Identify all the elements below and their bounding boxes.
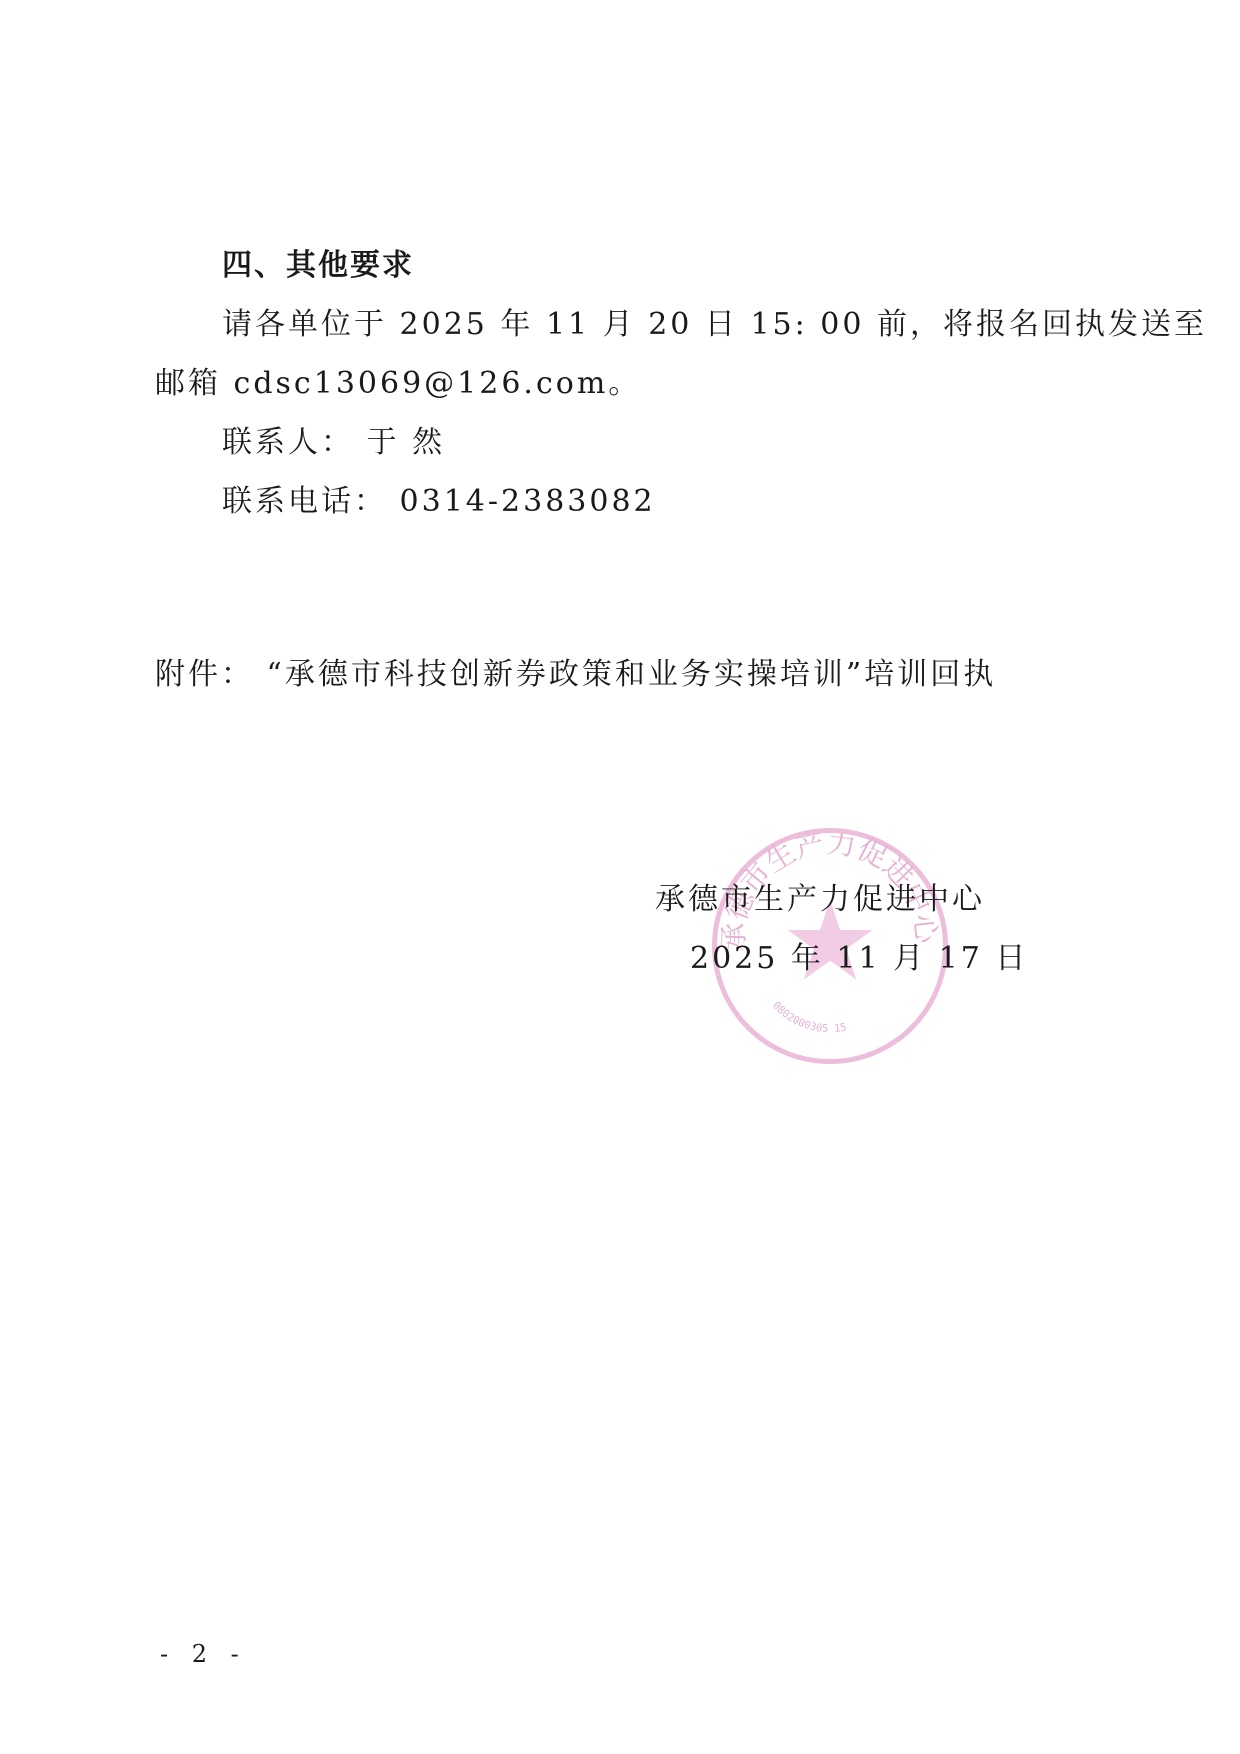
page-number: - 2 -: [160, 1640, 247, 1668]
section-heading: 四、其他要求: [222, 248, 414, 284]
signing-organization: 承德市生产力促进中心: [655, 882, 985, 918]
svg-text:0802000305 15: 0802000305 15: [770, 1000, 848, 1035]
attachment-line: 附件： “承德市科技创新券政策和业务实操培训”培训回执: [155, 657, 996, 693]
deadline-paragraph-line-1: 请各单位于 2025 年 11 月 20 日 15: 00 前，将报名回执发送至: [222, 307, 1207, 343]
deadline-paragraph-line-2: 邮箱 cdsc13069@126.com。: [155, 366, 641, 402]
contact-person: 联系人： 于 然: [222, 425, 445, 461]
signing-date: 2025 年 11 月 17 日: [690, 941, 1028, 977]
contact-phone: 联系电话： 0314-2383082: [222, 484, 656, 520]
